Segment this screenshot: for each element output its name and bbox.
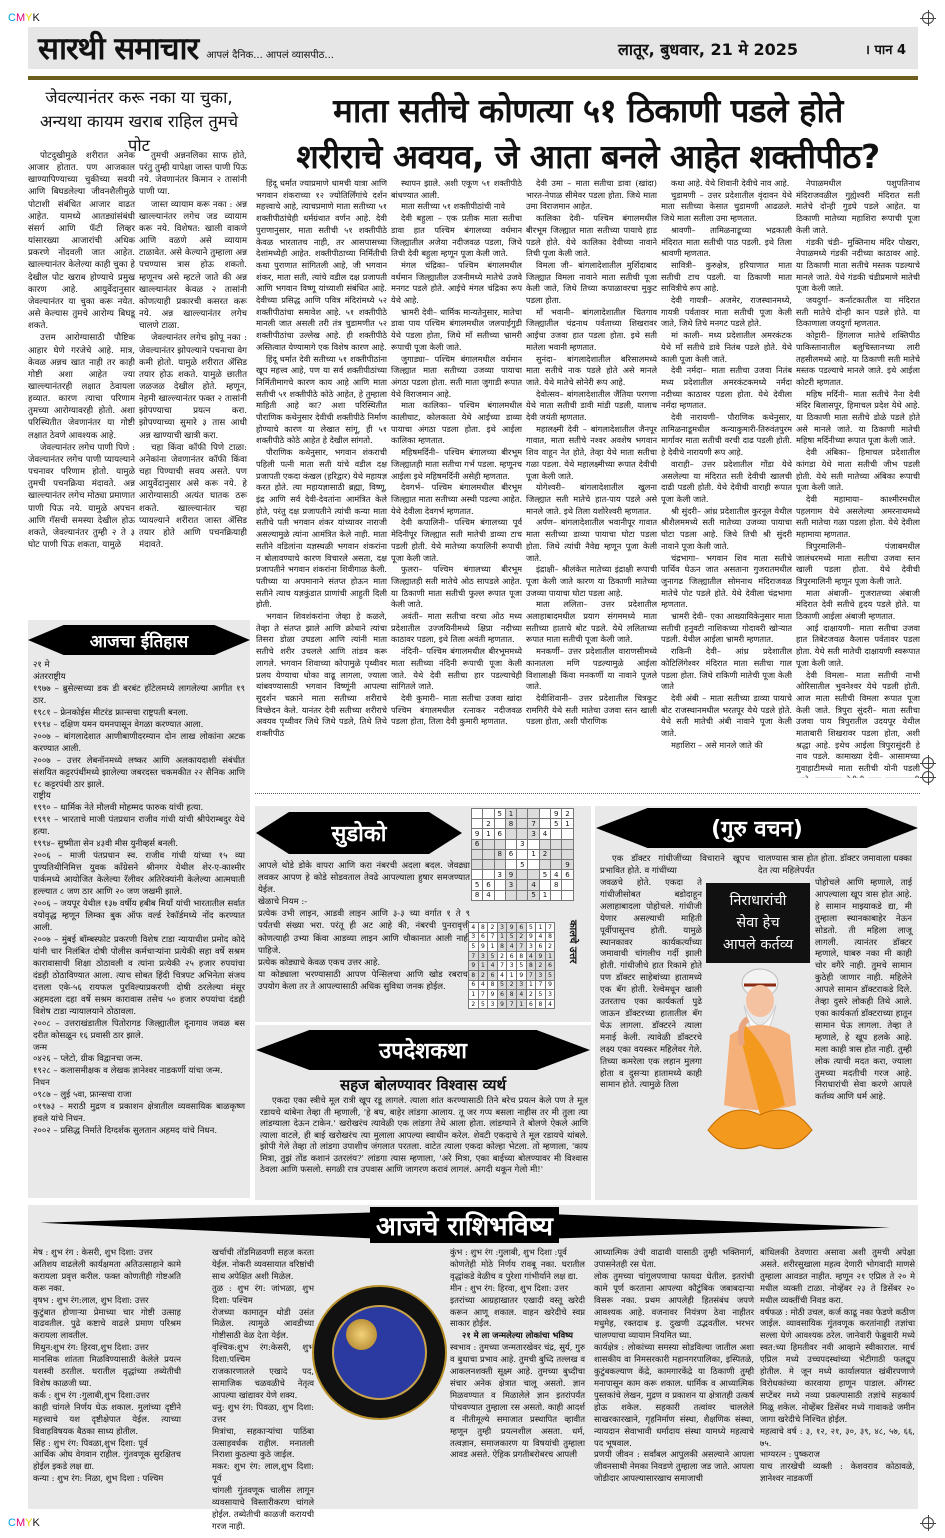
sudoku-cell[interactable] bbox=[472, 859, 483, 869]
history-item: १९९४ – दक्षिण यमन यमनपासून वेगळा करण्यात… bbox=[33, 720, 245, 732]
paragraph: बांधिलकी ठेवणारा असावा अशी तुमची अपेक्षा… bbox=[760, 1247, 915, 1307]
paragraph: जयदुर्गा– कर्नाटकातील या मंदिरात सती मात… bbox=[796, 295, 920, 330]
sudoku-cell: 6 bbox=[536, 942, 546, 952]
sudoku-rule: प्रत्येक उभी लाइन, आडवी लाइन आणि ३-३ च्य… bbox=[258, 908, 470, 956]
paragraph: कार्यक्षेत्र : लोकांच्या समस्या सोडविल्य… bbox=[594, 1342, 754, 1449]
sudoku-cell[interactable] bbox=[483, 809, 494, 819]
paragraph: चहा किंवा कॉफी पिणे टाळा: अनेकांना जेवणा… bbox=[139, 442, 247, 551]
headline-line: माता सतीचे कोणत्या ५१ ठिकाणी पडले होते bbox=[252, 88, 924, 134]
sudoku-cell: 9 bbox=[545, 980, 555, 990]
sudoku-cell: 8 bbox=[526, 961, 536, 971]
sudoku-cell: 6 bbox=[507, 951, 517, 961]
history-section-heading: राष्ट्रीय bbox=[33, 791, 245, 803]
sudoku-cell[interactable] bbox=[551, 839, 562, 849]
paragraph: प्रणयी जीवन : सर्वांबल आपुलकी असल्याने आ… bbox=[594, 1449, 754, 1485]
upadeshkatha-title: उपदेशकथा bbox=[256, 1030, 590, 1070]
paragraph: माता अंबाजी– गुजरातच्या अंबाजी मंदिरात द… bbox=[796, 588, 920, 623]
paragraph: श्री सुंदरी– आंध्र प्रदेशातील कुरनूल येथ… bbox=[661, 506, 792, 553]
sudoku-cell: 4 bbox=[469, 923, 479, 933]
horoscope-col5: बांधिलकी ठेवणारा असावा अशी तुमची अपेक्षा… bbox=[760, 1247, 915, 1485]
history-item: १९९१ – भारताचे माजी पंतप्रधान राजीव गांध… bbox=[33, 815, 245, 839]
paragraph: देवी अंबी – माता सतीच्या डाव्या पायाचे ब… bbox=[661, 693, 792, 740]
sudoku-cell: 5 bbox=[539, 870, 550, 880]
sudoku-cell: 3 bbox=[507, 961, 517, 971]
sudoku-cell: 2 bbox=[536, 961, 546, 971]
sudoku-cell[interactable] bbox=[562, 890, 573, 900]
sudoku-cell: 8 bbox=[545, 932, 555, 942]
sudoku-cell: 2 bbox=[478, 970, 488, 980]
masthead-divider bbox=[28, 76, 918, 80]
sign-heading: तुळ : शुभ रंग: जांभळा, शुभ दिशा: पश्चिम bbox=[212, 1283, 314, 1307]
sign-heading: मेष : शुभ रंग : केसरी, शुभ दिशा: उत्तर bbox=[33, 1247, 181, 1259]
paragraph: राकिनी देवी– आंध्र प्रदेशातील कोटिलिंगेश… bbox=[661, 646, 792, 693]
sudoku-cell[interactable] bbox=[562, 849, 573, 859]
history-section-heading: अंतरराष्ट्रीय bbox=[33, 672, 245, 684]
sudoku-cell: 1 bbox=[488, 942, 498, 952]
history-item: १९९४– सुष्मीता सेन ४३वी मीस युनीव्हर्स ब… bbox=[33, 839, 245, 851]
sudoku-cell: 7 bbox=[497, 961, 507, 971]
paragraph: तुमची अन्ननलिका साफ होते, परंतु तुम्ही य… bbox=[139, 150, 247, 199]
paragraph: माता कालिका– पश्चिम बंगालमधील कालीघाट, क… bbox=[391, 400, 522, 447]
story-text: एकदा एका स्त्रीचे मूल रात्री खूप रडू लाग… bbox=[260, 1096, 588, 1177]
guru-callout: निराधारांची सेवा हेच आपले कर्तव्य bbox=[706, 883, 810, 963]
sudoku-cell: 1 bbox=[528, 849, 539, 859]
paragraph: चंद्रभागा– भगवान शिव माता सतीचे पार्थिव … bbox=[661, 553, 792, 612]
paragraph: त्रिपुरमालिनी– पंजाबमधील जालंधरमध्ये मात… bbox=[796, 541, 920, 588]
sudoku-cell: 1 bbox=[562, 819, 573, 829]
sign-heading: मिथुन:शुभ रंग: हिरवा,शुभ दिशा: उत्तर bbox=[33, 1342, 181, 1354]
history-item: २००८ – उत्तराखंडातील पितोरागड जिल्ह्याती… bbox=[33, 1019, 245, 1043]
guru-right-column: पोहोचले आणि म्हणाले, ताई आपल्याला खूप त्… bbox=[815, 878, 912, 1104]
paragraph: माता सतीच्या ५१ शक्तीपीठांची नावे bbox=[391, 201, 522, 213]
history-item: १९२८ – कलासमीक्षक व लेखक ज्ञानेश्वर नाडक… bbox=[33, 1066, 245, 1078]
sign-heading: वृश्चिक:शुभ रंग:केसरी, शुभ दिशा:पश्चिम bbox=[212, 1342, 314, 1366]
sudoku-rules-heading: खेळाचे नियम :- bbox=[258, 896, 470, 908]
paragraph: भाग्यरत्न : पुष्कराज bbox=[760, 1449, 915, 1461]
sudoku-cell[interactable] bbox=[483, 839, 494, 849]
paragraph: आई दाक्षायणी– माता सतीचा उजवा हात तिबेटज… bbox=[796, 623, 920, 670]
sudoku-cell: 8 bbox=[472, 890, 483, 900]
sudoku-cell: 5 bbox=[526, 923, 536, 933]
sudoku-cell: 3 bbox=[528, 829, 539, 839]
sudoku-cell: 8 bbox=[536, 999, 546, 1009]
sudoku-cell: 9 bbox=[472, 829, 483, 839]
sudoku-cell: 3 bbox=[505, 880, 516, 890]
sudoku-cell: 4 bbox=[488, 961, 498, 971]
sudoku-cell: 4 bbox=[507, 942, 517, 952]
sign-heading: कन्या : शुभ रंग: निळा, शुभ दिशा : पश्चिम bbox=[33, 1473, 181, 1485]
history-section-heading: निधन bbox=[33, 1078, 245, 1090]
paragraph: वाराही– उत्तर प्रदेशातील गोंडा येथे असले… bbox=[661, 459, 792, 506]
sudoku-cell: 1 bbox=[469, 990, 479, 1000]
sudoku-cell[interactable] bbox=[528, 859, 539, 869]
sudoku-cell: 9 bbox=[562, 859, 573, 869]
headline-line: जेवल्यानंतर करू नका या चुका, bbox=[28, 86, 250, 110]
sudoku-cell: 3 bbox=[478, 951, 488, 961]
sudoku-cell[interactable] bbox=[539, 839, 550, 849]
sign-heading: सिंह : शुभ रंग: पिवळा,शुभ दिशा: पूर्व bbox=[33, 1438, 181, 1450]
sudoku-cell[interactable] bbox=[551, 829, 562, 839]
sudoku-answer-grid: 4823965173671529485918473627352684919147… bbox=[468, 922, 555, 1009]
sage-illustration-icon bbox=[700, 965, 818, 1161]
sudoku-intro: आपले थोडे डोके वापरा आणि करा नंबरची अदला… bbox=[258, 860, 470, 896]
paragraph: योगेश्वरी– बांगलादेशातील खुलना जिल्ह्यात… bbox=[526, 482, 657, 517]
sudoku-cell: 8 bbox=[507, 990, 517, 1000]
sign-text: कुटुंबात होणाऱ्या प्रेमाच्या चार गोष्टी … bbox=[33, 1307, 181, 1343]
paragraph: विमला जी– बांगलादेशातील मुर्शिदाबाद जिल्… bbox=[526, 260, 657, 307]
sudoku-cell: 4 bbox=[536, 932, 546, 942]
sudoku-cell[interactable] bbox=[528, 839, 539, 849]
sudoku-cell: 8 bbox=[551, 880, 562, 890]
sudoku-cell: 8 bbox=[505, 819, 516, 829]
paragraph: देवी उमा – माता सतीचा डावा (खांदा) भारत-… bbox=[526, 178, 657, 213]
cmyk-mark-top: CMYK bbox=[8, 12, 40, 24]
sudoku-cell: 3 bbox=[526, 942, 536, 952]
health-article-col1: पोटदुखीमुळे शरीरात अनेक आजार होतात. पण आ… bbox=[28, 150, 135, 551]
sudoku-cell: 5 bbox=[551, 819, 562, 829]
sign-text: काही चांगले निर्णय घेऊ शकाल. मुलांच्या द… bbox=[33, 1402, 181, 1438]
sudoku-cell: 5 bbox=[469, 942, 479, 952]
sudoku-cell: 5 bbox=[494, 809, 505, 819]
sudoku-cell[interactable] bbox=[505, 859, 516, 869]
sudoku-cell: 7 bbox=[488, 932, 498, 942]
paragraph: मंगल चंद्रिका– पश्चिम बंगालमधील वर्धमान … bbox=[391, 260, 522, 307]
sudoku-cell: 5 bbox=[478, 999, 488, 1009]
paragraph: देवगर्भ– पश्चिम बंगालमधील बीरभूम जिल्ह्य… bbox=[391, 482, 522, 517]
sign-text: इतरांच्या आग्रहाखातर एखादी वस्तू खरेदी क… bbox=[450, 1295, 585, 1331]
sign-text: रोजच्या कामातून थोडी उसंत मिळेल. त्यामुळ… bbox=[212, 1307, 314, 1343]
sudoku-cell: 4 bbox=[483, 890, 494, 900]
sudoku-cell[interactable] bbox=[472, 870, 483, 880]
sudoku-title: सुडोको bbox=[256, 812, 462, 854]
history-item: २००७ – उत्तर लेबनॉनमध्ये लष्कर आणि अलकाय… bbox=[33, 756, 245, 792]
paragraph: अवंती– माता सतीचा वरचा ओठ मध्य प्रदेशाती… bbox=[391, 611, 522, 646]
sudoku-cell: 9 bbox=[497, 999, 507, 1009]
sign-text: आर्थिक ओघ वेगवान राहील. गुंतवणूक सुरक्षि… bbox=[33, 1449, 181, 1473]
history-item: १९८१ – फ्रेनकोईस मीटरंड फ्रान्सचा राष्ट्… bbox=[33, 708, 245, 720]
sudoku-cell[interactable] bbox=[494, 880, 505, 890]
main-article-col3: देवी उमा – माता सतीचा डावा (खांदा) भारत-… bbox=[526, 178, 657, 778]
sign-text: खर्चाची तोंडमिळवणी सहज करता येईल. नोकरी … bbox=[212, 1247, 314, 1283]
sudoku-cell: 2 bbox=[545, 942, 555, 952]
history-item: २००७ – बांगलादेशात आणीबाणीदरम्यान दोन ला… bbox=[33, 732, 245, 756]
sudoku-cell: 1 bbox=[507, 970, 517, 980]
history-date: २१ मे bbox=[33, 660, 245, 672]
sudoku-rule: प्रत्येक कोड्याचे केवळ एकच उत्तर आहे. bbox=[258, 957, 470, 969]
paragraph: उत्तम आरोग्यासाठी पौष्टिक आहार घेणे गरजे… bbox=[28, 332, 135, 441]
sudoku-cell: 8 bbox=[516, 951, 526, 961]
sudoku-puzzle-grid[interactable]: 519228751916346386125939546563488451 bbox=[471, 808, 574, 901]
sudoku-cell[interactable] bbox=[562, 880, 573, 890]
sudoku-cell[interactable] bbox=[562, 839, 573, 849]
sudoku-cell: 8 bbox=[494, 849, 505, 859]
sudoku-cell: 3 bbox=[488, 999, 498, 1009]
sudoku-cell: 9 bbox=[507, 923, 517, 933]
masthead: सारथी समाचार आपलं दैनिक... आपलं व्यासपीठ… bbox=[28, 27, 918, 69]
sudoku-cell: 1 bbox=[478, 961, 488, 971]
sudoku-cell: 6 bbox=[472, 839, 483, 849]
paragraph: देवोत्सव– बांगलादेशातील जैंतिया परगणा ये… bbox=[526, 389, 657, 424]
sudoku-cell[interactable] bbox=[517, 809, 528, 819]
sudoku-cell[interactable] bbox=[539, 859, 550, 869]
sudoku-cell[interactable] bbox=[528, 809, 539, 819]
sudoku-cell[interactable] bbox=[494, 819, 505, 829]
sudoku-cell: 1 bbox=[536, 923, 546, 933]
sudoku-cell: 2 bbox=[469, 999, 479, 1009]
sudoku-cell: 8 bbox=[488, 980, 498, 990]
sign-text: मित्रांचा, सहकाऱ्यांचा पाठिंबा उत्साहवर्… bbox=[212, 1426, 314, 1462]
history-item: २००७ – मुंबई बॉम्बस्फोट प्रकरणी विशेष टा… bbox=[33, 935, 245, 1019]
sudoku-cell: 3 bbox=[494, 870, 505, 880]
sudoku-cell[interactable] bbox=[539, 880, 550, 890]
paragraph: हिंदू धर्मात ज्याप्रमाणे धामची यात्रा आण… bbox=[256, 178, 387, 354]
paragraph: देवी कुमारी– माता सतीचा उजवा खांदा पश्चि… bbox=[391, 693, 522, 728]
paragraph: जेवल्यानंतर लगेच पाणी पिणे : जेवल्यानंतर… bbox=[28, 442, 135, 551]
sudoku-cell[interactable] bbox=[517, 829, 528, 839]
sudoku-cell: 2 bbox=[507, 980, 517, 990]
sudoku-cell: 2 bbox=[516, 932, 526, 942]
paragraph: नंदिनी– पश्चिम बंगालमधील बीरभूममध्ये मात… bbox=[391, 646, 522, 693]
horoscope-col4: आध्यात्मिक उंची वाढावी यासाठी तुम्ही भक्… bbox=[594, 1247, 754, 1485]
sudoku-cell[interactable] bbox=[494, 890, 505, 900]
main-article-headline: माता सतीचे कोणत्या ५१ ठिकाणी पडले होते श… bbox=[252, 88, 924, 180]
sudoku-cell[interactable] bbox=[517, 880, 528, 890]
sudoku-cell: 6 bbox=[488, 970, 498, 980]
sudoku-cell: 7 bbox=[469, 951, 479, 961]
sudoku-cell[interactable] bbox=[517, 849, 528, 859]
sudoku-cell: 4 bbox=[545, 999, 555, 1009]
sudoku-cell: 7 bbox=[478, 990, 488, 1000]
sudoku-cell[interactable] bbox=[505, 890, 516, 900]
paragraph: भ्रामरी देवी– धार्मिक मान्यतेनुसार, माते… bbox=[391, 307, 522, 354]
paragraph: मां काली– मध्य प्रदेशातील अमरकंटक येथे म… bbox=[661, 330, 792, 365]
paragraph: कालिका देवी– पश्चिम बंगालमधील बीरभूम जिल… bbox=[526, 213, 657, 260]
history-item: २००२ – प्रसिद्ध निर्माते दिग्दर्शक सुलता… bbox=[33, 1126, 245, 1138]
sudoku-cell: 2 bbox=[539, 849, 550, 859]
sudoku-cell: 3 bbox=[497, 923, 507, 933]
registration-mark-icon bbox=[922, 12, 934, 24]
registration-mark-icon bbox=[922, 771, 934, 783]
sudoku-cell: 6 bbox=[516, 923, 526, 933]
sudoku-cell: 4 bbox=[551, 870, 562, 880]
paragraph: देवी नारायणी– पौराणिक कथेनुसार, तामिळनाड… bbox=[661, 412, 792, 459]
sudoku-cell: 7 bbox=[528, 819, 539, 829]
paragraph: नेपाळमधील पशुपतिनाथ मंदिराजवळील गुह्येश्… bbox=[796, 178, 920, 237]
paragraph: पौराणिक कथेनुसार, भगवान शंकराची पहिली पत… bbox=[256, 447, 387, 611]
paragraph: देवी नर्मदा– माता सतीचा उजवा नितंब मध्य … bbox=[661, 365, 792, 412]
sudoku-cell[interactable] bbox=[551, 849, 562, 859]
page-number: । पान 4 bbox=[865, 40, 906, 58]
paragraph: जास्त व्यायाम करू नका : अन्न खाल्ल्यानंत… bbox=[139, 199, 247, 333]
guru-lead-left: एक डॉक्टर गांधीजींच्या विचाराने खूपच प्र… bbox=[600, 854, 750, 878]
sudoku-cell: 7 bbox=[526, 970, 536, 980]
guru-vachan-title: (गुरु वचन) bbox=[596, 808, 918, 848]
sudoku-cell: 5 bbox=[516, 961, 526, 971]
sudoku-cell: 5 bbox=[517, 859, 528, 869]
history-list: २१ मे अंतरराष्ट्रीय १९७७ – ब्रुसेल्सच्या… bbox=[33, 660, 245, 1138]
sudoku-cell: 1 bbox=[539, 890, 550, 900]
paragraph: कोट्टारी– हिंगलाज मातेचे शक्तिपीठ पाकिस्… bbox=[796, 330, 920, 389]
paragraph: अर्पण– बांगलादेशातील भवानीपूर गावात माता… bbox=[526, 517, 657, 564]
paragraph: देवी अंबिका– हिमाचल प्रदेशातील कांगडा ये… bbox=[796, 447, 920, 494]
sudoku-cell: 9 bbox=[469, 961, 479, 971]
history-item: १९९० – धार्मिक नेते मौलवी मोहम्मद फारुक … bbox=[33, 803, 245, 815]
sudoku-cell[interactable] bbox=[517, 870, 528, 880]
sudoku-cell: 1 bbox=[516, 999, 526, 1009]
sudoku-cell: 7 bbox=[507, 999, 517, 1009]
sudoku-cell[interactable] bbox=[562, 829, 573, 839]
sudoku-cell[interactable] bbox=[517, 890, 528, 900]
sudoku-cell: 1 bbox=[545, 951, 555, 961]
paragraph: देवी बहुला – एक प्रतीक माता सतीचा डावा ह… bbox=[391, 213, 522, 260]
sudoku-cell[interactable] bbox=[551, 890, 562, 900]
sudoku-cell: 6 bbox=[483, 880, 494, 890]
sudoku-cell: 6 bbox=[469, 980, 479, 990]
sudoku-cell[interactable] bbox=[539, 809, 550, 819]
sudoku-cell: 1 bbox=[526, 980, 536, 990]
birthday-heading: २१ मे ला जन्मलेल्या लोकांचा भविष्य bbox=[450, 1330, 585, 1342]
sudoku-cell: 3 bbox=[469, 932, 479, 942]
sudoku-cell: 9 bbox=[516, 970, 526, 980]
sudoku-cell: 7 bbox=[545, 923, 555, 933]
sign-text: राजकारणातले एखादे पद, सामाजिक चळवळीचे ने… bbox=[212, 1366, 314, 1402]
horoscope-col1: मेष : शुभ रंग : केसरी, शुभ दिशा: उत्तर अ… bbox=[33, 1247, 181, 1485]
sudoku-cell: 4 bbox=[528, 880, 539, 890]
tagline: आपलं दैनिक... आपलं व्यासपीठ... bbox=[206, 47, 334, 61]
sudoku-cell: 5 bbox=[545, 970, 555, 980]
sudoku-cell: 4 bbox=[478, 980, 488, 990]
sudoku-cell: 6 bbox=[494, 829, 505, 839]
history-item: २००६ – माजी पंतप्रधान स्व. राजीव गांधी य… bbox=[33, 851, 245, 899]
sudoku-cell: 9 bbox=[526, 932, 536, 942]
main-article-col5: नेपाळमधील पशुपतिनाथ मंदिराजवळील गुह्येश्… bbox=[796, 178, 920, 778]
sudoku-cell[interactable] bbox=[505, 829, 516, 839]
sudoku-cell[interactable] bbox=[483, 870, 494, 880]
paragraph: महत्वाचे वर्ष : ३, १२, २१, ३०, ३९, ४८, ५… bbox=[760, 1426, 915, 1450]
answer-label: कालचे उत्तर bbox=[565, 920, 579, 963]
sign-heading: कर्क : शुभ रंग :गुलाबी,शुभ दिशा:उत्तर bbox=[33, 1390, 181, 1402]
sudoku-cell: 6 bbox=[526, 999, 536, 1009]
sudoku-cell: 6 bbox=[505, 849, 516, 859]
registration-mark-icon bbox=[922, 1517, 934, 1529]
zodiac-wheel-icon bbox=[312, 1285, 447, 1420]
paragraph: गंडकी चंडी– मुक्तिनाथ मंदिर पोखरा, नेपाळ… bbox=[796, 237, 920, 296]
sudoku-cell[interactable] bbox=[551, 859, 562, 869]
sudoku-cell[interactable] bbox=[472, 809, 483, 819]
callout-line: सेवा हेच bbox=[706, 912, 810, 934]
callout-line: आपले कर्तव्य bbox=[706, 934, 810, 956]
sudoku-cell: 5 bbox=[497, 980, 507, 990]
paragraph: सावित्री– कुरुक्षेत्र, हरियाणात माता सती… bbox=[661, 260, 792, 295]
sudoku-cell[interactable] bbox=[472, 849, 483, 859]
sudoku-cell: 8 bbox=[497, 942, 507, 952]
history-item: १९७७ – ब्रुसेल्सच्या डक डी बरबंट हॉटेलमध… bbox=[33, 684, 245, 708]
paragraph: चुडामणी – उत्तर प्रदेशातील वृंदावन येथे … bbox=[661, 190, 792, 225]
paragraph: कथा आहे. येथे शिवानी देवीचे नाव आहे. bbox=[661, 178, 792, 190]
paragraph: माता ललिता– उत्तर प्रदेशातील अलाहाबादमधी… bbox=[526, 599, 657, 646]
paragraph: श्रावणी– तामिळनाडूच्या भद्रकाली मंदिरात … bbox=[661, 225, 792, 260]
sudoku-cell: 5 bbox=[488, 951, 498, 961]
history-item: ०४२६ – प्लेटो, ग्रीक विद्वानचा जन्म. bbox=[33, 1054, 245, 1066]
paragraph: देवी कपालिनी– पश्चिम बंगालच्या पूर्व मेद… bbox=[391, 517, 522, 564]
story-title: सहज बोलण्यावर विश्वास व्यर्थ bbox=[258, 1075, 588, 1095]
sudoku-cell: 9 bbox=[536, 951, 546, 961]
sudoku-cell: 9 bbox=[478, 942, 488, 952]
cmyk-mark-bottom: CMYK bbox=[8, 1517, 40, 1529]
sudoku-cell: 5 bbox=[536, 990, 546, 1000]
registration-mark-icon bbox=[922, 757, 934, 769]
newspaper-name: सारथी समाचार bbox=[38, 27, 198, 69]
sudoku-cell: 6 bbox=[497, 990, 507, 1000]
sudoku-cell: 9 bbox=[551, 809, 562, 819]
sudoku-cell: 6 bbox=[545, 961, 555, 971]
sudoku-cell[interactable] bbox=[494, 839, 505, 849]
sudoku-cell[interactable] bbox=[483, 849, 494, 859]
paragraph: याच तारखेची व्यक्ती : केशवराव कोठावळे, ज… bbox=[760, 1461, 915, 1485]
sudoku-cell: 2 bbox=[562, 809, 573, 819]
paragraph: देवीशिवानी– उत्तर प्रदेशातील चित्रकूट रा… bbox=[526, 693, 657, 728]
sign-heading: वृषभ : शुभ रंग:लाल, शुभ दिशा: उत्तर bbox=[33, 1295, 181, 1307]
sudoku-cell[interactable] bbox=[472, 819, 483, 829]
sign-heading: मीन : शुभ रंग: हिरवा, शुभ दिशा: उत्तर bbox=[450, 1283, 585, 1295]
sudoku-cell[interactable] bbox=[528, 870, 539, 880]
main-article-col4: कथा आहे. येथे शिवानी देवीचे नाव आहे. चुड… bbox=[661, 178, 792, 778]
sudoku-cell: 1 bbox=[497, 932, 507, 942]
sign-heading: कुंभ : शुभ रंग :गुलाबी, शुभ दिशा :पूर्व bbox=[450, 1247, 585, 1259]
paragraph: माँ भवानी– बांगलादेशातील चितगाव जिल्ह्या… bbox=[526, 307, 657, 354]
sudoku-cell: 1 bbox=[505, 809, 516, 819]
paragraph: पोटदुखीमुळे शरीरात अनेक आजार होतात. पण आ… bbox=[28, 150, 135, 332]
paragraph: देवी विमला– माता सतीची नाभी ओरिसातील भुव… bbox=[796, 670, 920, 778]
sudoku-cell: 9 bbox=[488, 990, 498, 1000]
sudoku-cell: 2 bbox=[526, 990, 536, 1000]
paragraph: आध्यात्मिक उंची वाढावी यासाठी तुम्ही भक्… bbox=[594, 1247, 754, 1271]
sudoku-cell[interactable] bbox=[494, 859, 505, 869]
sudoku-cell: 8 bbox=[478, 923, 488, 933]
paragraph: भगवान शिवशंकरांना जेव्हा हे कळले, तेव्हा… bbox=[256, 611, 387, 740]
sign-text: कोणतेही मोठे निर्णय रावबू नका. घरातील वृ… bbox=[450, 1259, 585, 1283]
paragraph: स्थापन झाले. अशी एकूण ५१ शक्तीपीठे बांधण… bbox=[391, 178, 522, 201]
sign-heading: मकर: शुभ रंग: लाल,शुभ दिशा: पूर्व bbox=[212, 1461, 314, 1485]
sudoku-cell[interactable] bbox=[483, 859, 494, 869]
dateline: लातूर, बुधवार, 21 मे 2025 bbox=[618, 38, 798, 60]
paragraph: वर्षफळ : मोठी उचल, कर्ज काढू नका फेडणे क… bbox=[760, 1307, 915, 1426]
sudoku-cell: 3 bbox=[545, 990, 555, 1000]
sudoku-cell: 7 bbox=[536, 980, 546, 990]
sudoku-cell: 4 bbox=[539, 829, 550, 839]
paragraph: जेवल्यानंतर लगेच झोपू नका : जेवल्यानंतर … bbox=[139, 332, 247, 441]
sign-text: मानसिक शांतता मिळविण्यासाठी केलेले प्रयत… bbox=[33, 1354, 181, 1390]
callout-line: निराधारांची bbox=[706, 890, 810, 912]
paragraph: भ्रामरी देवी– एका आख्यायिकेनुसार माता सत… bbox=[661, 611, 792, 646]
sudoku-cell[interactable] bbox=[505, 839, 516, 849]
sudoku-cell: 5 bbox=[507, 932, 517, 942]
sudoku-cell: 2 bbox=[483, 819, 494, 829]
paragraph: देवी गायत्री– अजमेर, राजस्थानमध्ये, गायत… bbox=[661, 295, 792, 330]
paragraph: हिंदू धर्मात देवी सतीच्या ५१ शक्तीपीठांन… bbox=[256, 354, 387, 448]
sudoku-cell: 4 bbox=[497, 970, 507, 980]
sudoku-cell[interactable] bbox=[539, 819, 550, 829]
sudoku-cell[interactable] bbox=[517, 819, 528, 829]
sudoku-cell: 5 bbox=[472, 880, 483, 890]
sudoku-cell: 2 bbox=[488, 923, 498, 933]
sign-text: अतिशय वाढलेली कार्यक्षमता अतिउत्साहाने क… bbox=[33, 1259, 181, 1295]
sudoku-cell: 6 bbox=[562, 870, 573, 880]
sudoku-instructions: आपले थोडे डोके वापरा आणि करा नंबरची अदला… bbox=[258, 860, 470, 993]
birthday-text: स्वभाव : तुमच्या जन्मतारखेवर चंद्र, सुर्… bbox=[450, 1342, 585, 1461]
horoscope-title: आजचे राशिभविष्य bbox=[370, 1207, 559, 1243]
sign-text: चांगली गुंतवणूक चालीस लागून व्यवसायाचे व… bbox=[212, 1485, 314, 1533]
